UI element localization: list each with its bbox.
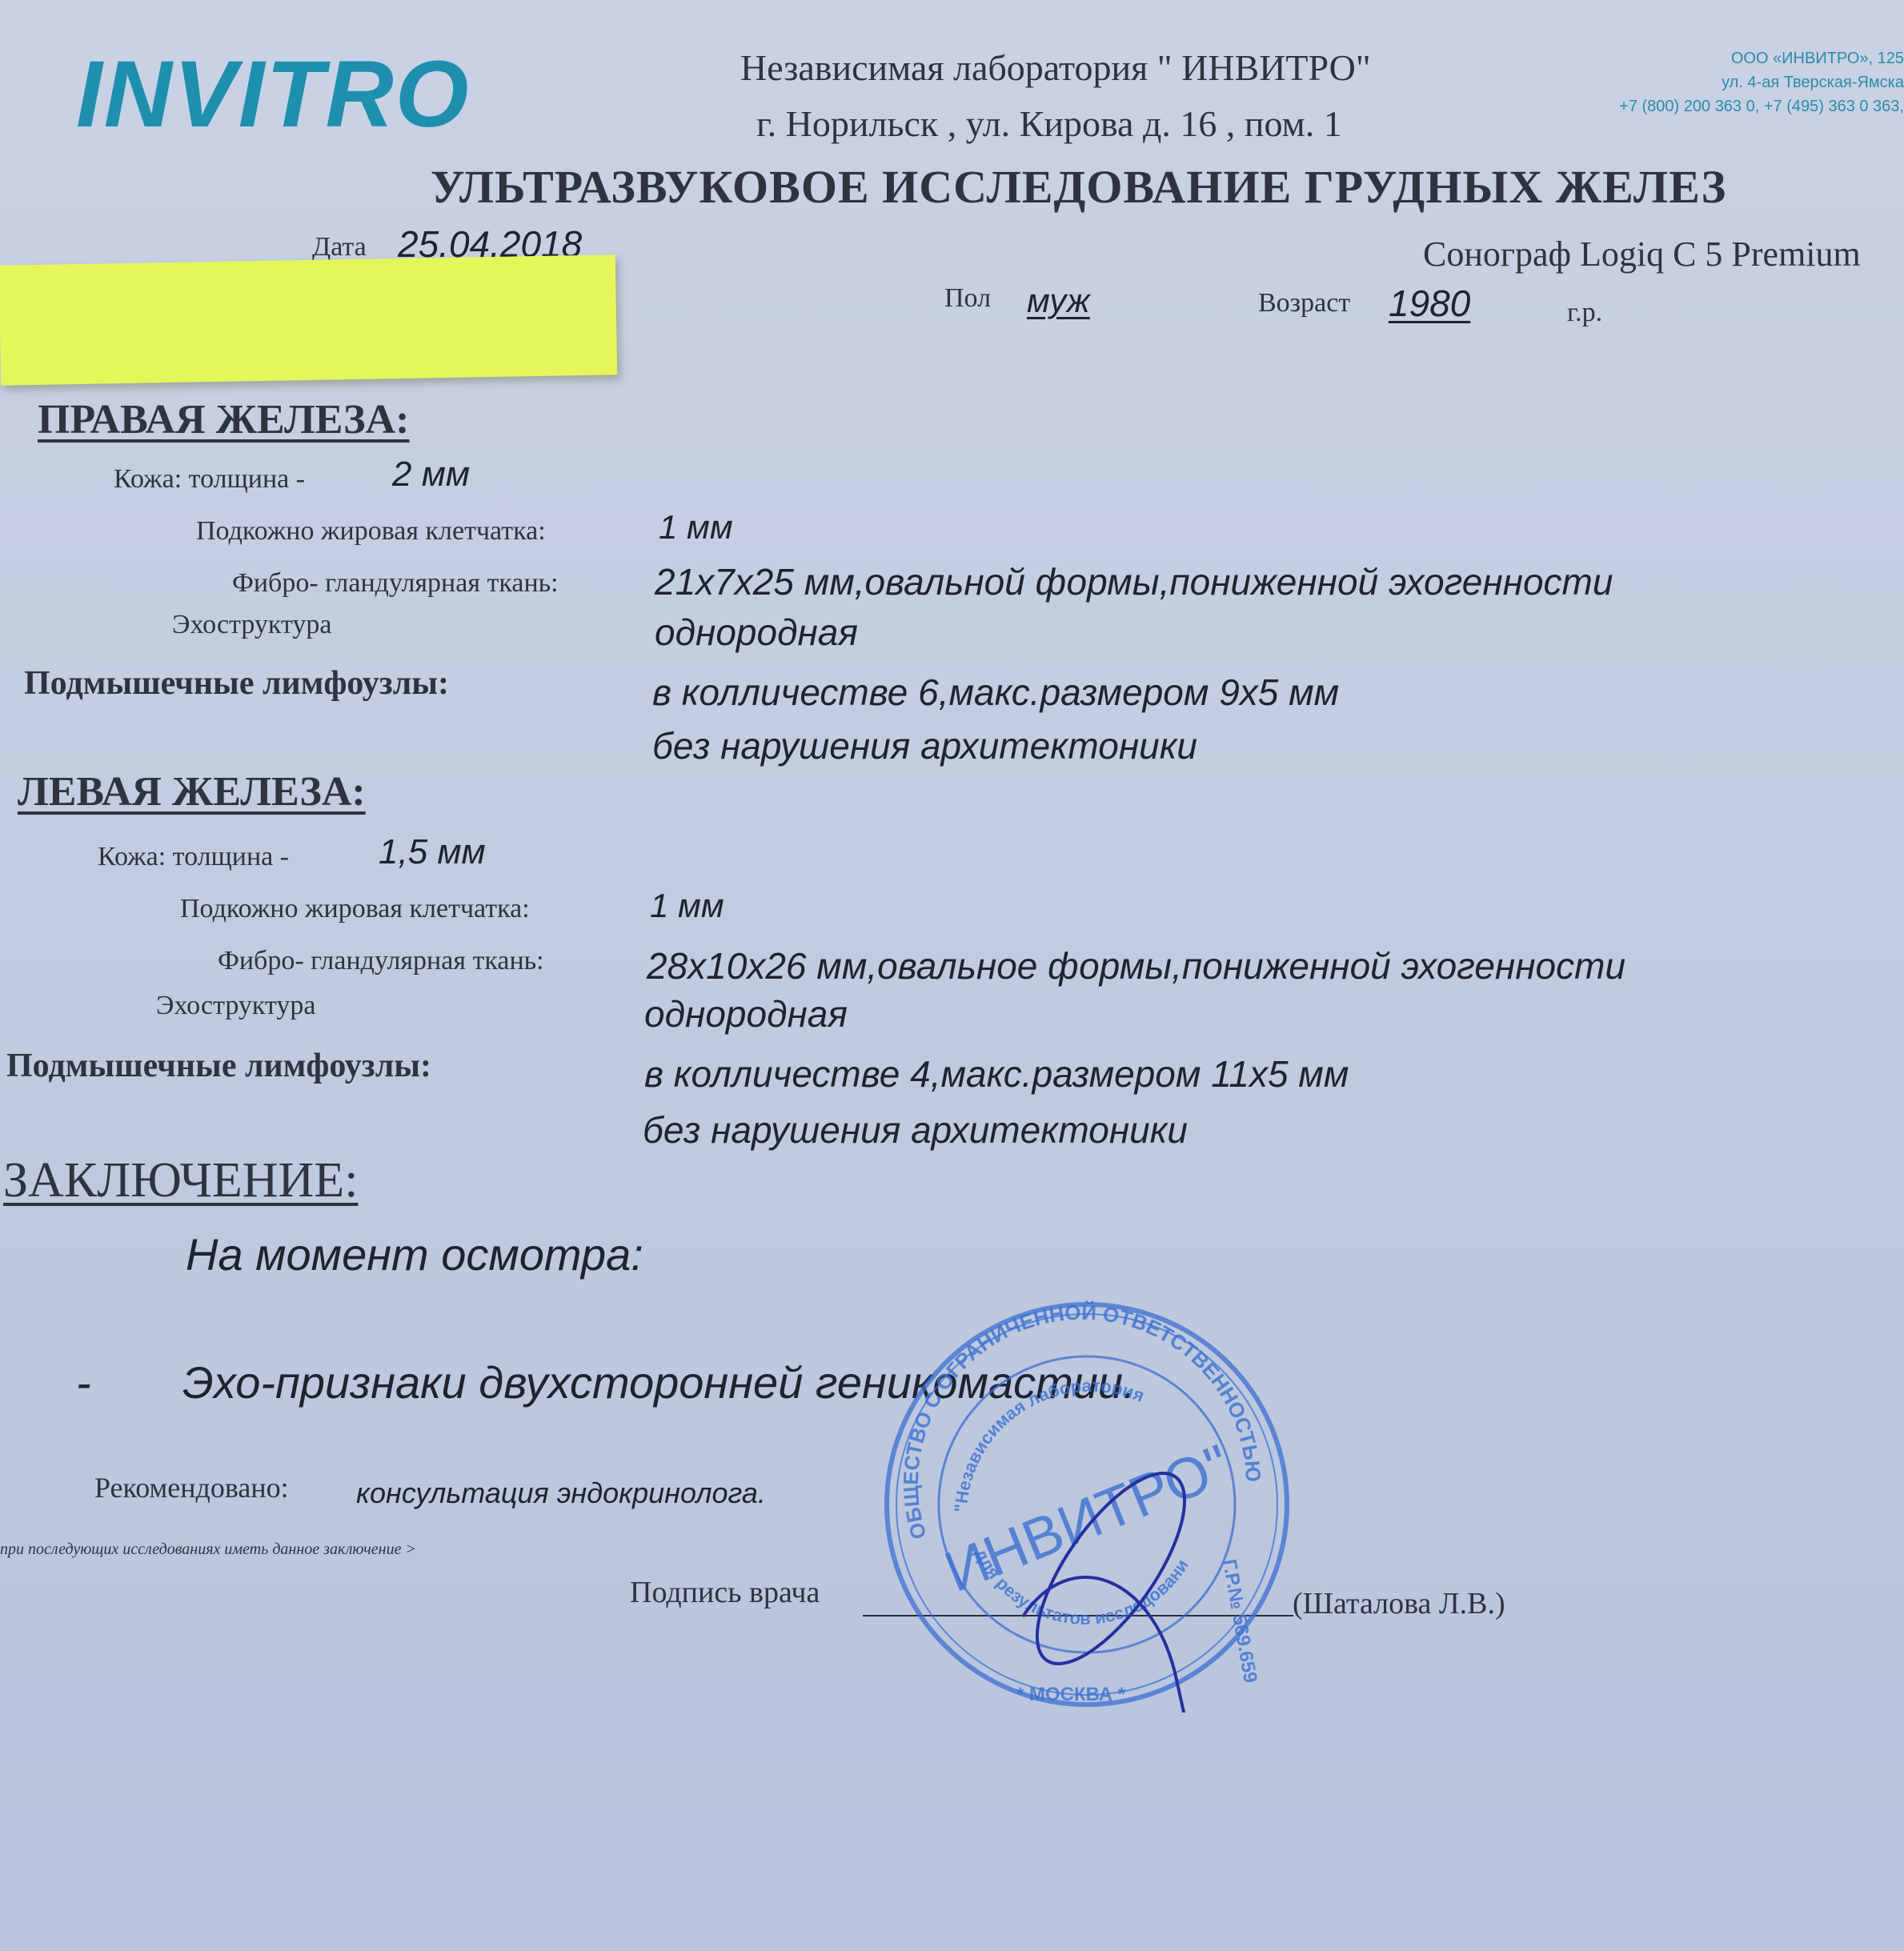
left-lymph-value-1: в колличестве 4,макс.размером 11x5 мм (644, 1052, 1349, 1096)
doctor-name: (Шаталова Л.В.) (1293, 1586, 1505, 1621)
conclusion-heading: ЗАКЛЮЧЕНИЕ: (3, 1152, 358, 1209)
right-fibro-value: 21x7x25 мм,овальной формы,пониженной эхо… (655, 560, 1613, 603)
left-lymph-label: Подмышечные лимфоузлы: (6, 1047, 431, 1085)
right-skin-value: 2 мм (392, 455, 470, 495)
date-label: Дата (312, 232, 367, 262)
lab-name: Независимая лаборатория " ИНВИТРО" (740, 46, 1371, 89)
left-fat-label: Подкожно жировая клетчатка: (180, 894, 530, 924)
right-gland-heading: ПРАВАЯ ЖЕЛЕЗА: (38, 396, 409, 443)
svg-text:Г.Р.№ 569.659: Г.Р.№ 569.659 (1218, 1557, 1261, 1685)
device-name: Сонограф Logiq C 5 Premium (1423, 234, 1861, 274)
age-label: Возраст (1258, 288, 1350, 318)
footnote: при последующих исследованиях иметь данн… (0, 1540, 416, 1559)
invitro-logo: INVITRO (76, 40, 471, 149)
left-echo-value: однородная (644, 992, 848, 1036)
right-lymph-value-2: без нарушения архитектоники (652, 724, 1197, 767)
left-lymph-value-2: без нарушения архитектоники (643, 1108, 1188, 1152)
right-skin-label: Кожа: толщина - (114, 464, 305, 495)
corp-line: ул. 4-ая Тверская-Ямска (1619, 70, 1904, 94)
recommend-label: Рекомендовано: (94, 1471, 289, 1504)
sex-value: муж (1027, 282, 1090, 320)
corp-info: ООО «ИНВИТРО», 125 ул. 4-ая Тверская-Ямс… (1619, 46, 1904, 118)
redaction-sticker (0, 254, 617, 385)
right-lymph-value-1: в колличестве 6,макс.размером 9x5 мм (652, 671, 1339, 714)
svg-text:* МОСКВА *: * МОСКВА * (1016, 1684, 1126, 1705)
age-value: 1980 (1389, 282, 1470, 325)
left-fibro-label: Фибро- гландулярная ткань: (218, 946, 544, 976)
document-title: УЛЬТРАЗВУКОВОЕ ИССЛЕДОВАНИЕ ГРУДНЫХ ЖЕЛЕ… (431, 160, 1726, 214)
conclusion-intro: На момент осмотра: (186, 1228, 643, 1280)
age-suffix: г.р. (1567, 298, 1602, 328)
right-echo-value: однородная (655, 611, 858, 654)
left-fibro-value: 28x10x26 мм,овальное формы,пониженной эх… (647, 944, 1625, 988)
lab-address: г. Норильск , ул. Кирова д. 16 , пом. 1 (756, 102, 1342, 145)
right-fat-value: 1 мм (659, 508, 733, 547)
left-gland-heading: ЛЕВАЯ ЖЕЛЕЗА: (18, 768, 366, 815)
left-skin-value: 1,5 мм (379, 832, 486, 872)
right-lymph-label: Подмышечные лимфоузлы: (24, 664, 449, 703)
signature-label: Подпись врача (630, 1575, 820, 1610)
recommend-value: консультация эндокринолога. (356, 1476, 766, 1510)
right-fat-label: Подкожно жировая клетчатка: (196, 516, 546, 547)
sex-label: Пол (944, 283, 991, 314)
corp-line: +7 (800) 200 363 0, +7 (495) 363 0 363, (1619, 94, 1904, 118)
corp-line: ООО «ИНВИТРО», 125 (1619, 46, 1904, 70)
bullet-dash: - (76, 1356, 91, 1408)
left-skin-label: Кожа: толщина - (98, 842, 289, 872)
stamp-seal-icon: ОБЩЕСТВО С ОГРАНИЧЕННОЙ ОТВЕТСТВЕННОСТЬЮ… (879, 1296, 1295, 1713)
left-echo-label: Эхоструктура (156, 991, 315, 1021)
right-fibro-label: Фибро- гландулярная ткань: (232, 568, 559, 599)
left-fat-value: 1 мм (650, 887, 724, 925)
right-echo-label: Эхоструктура (172, 610, 331, 640)
